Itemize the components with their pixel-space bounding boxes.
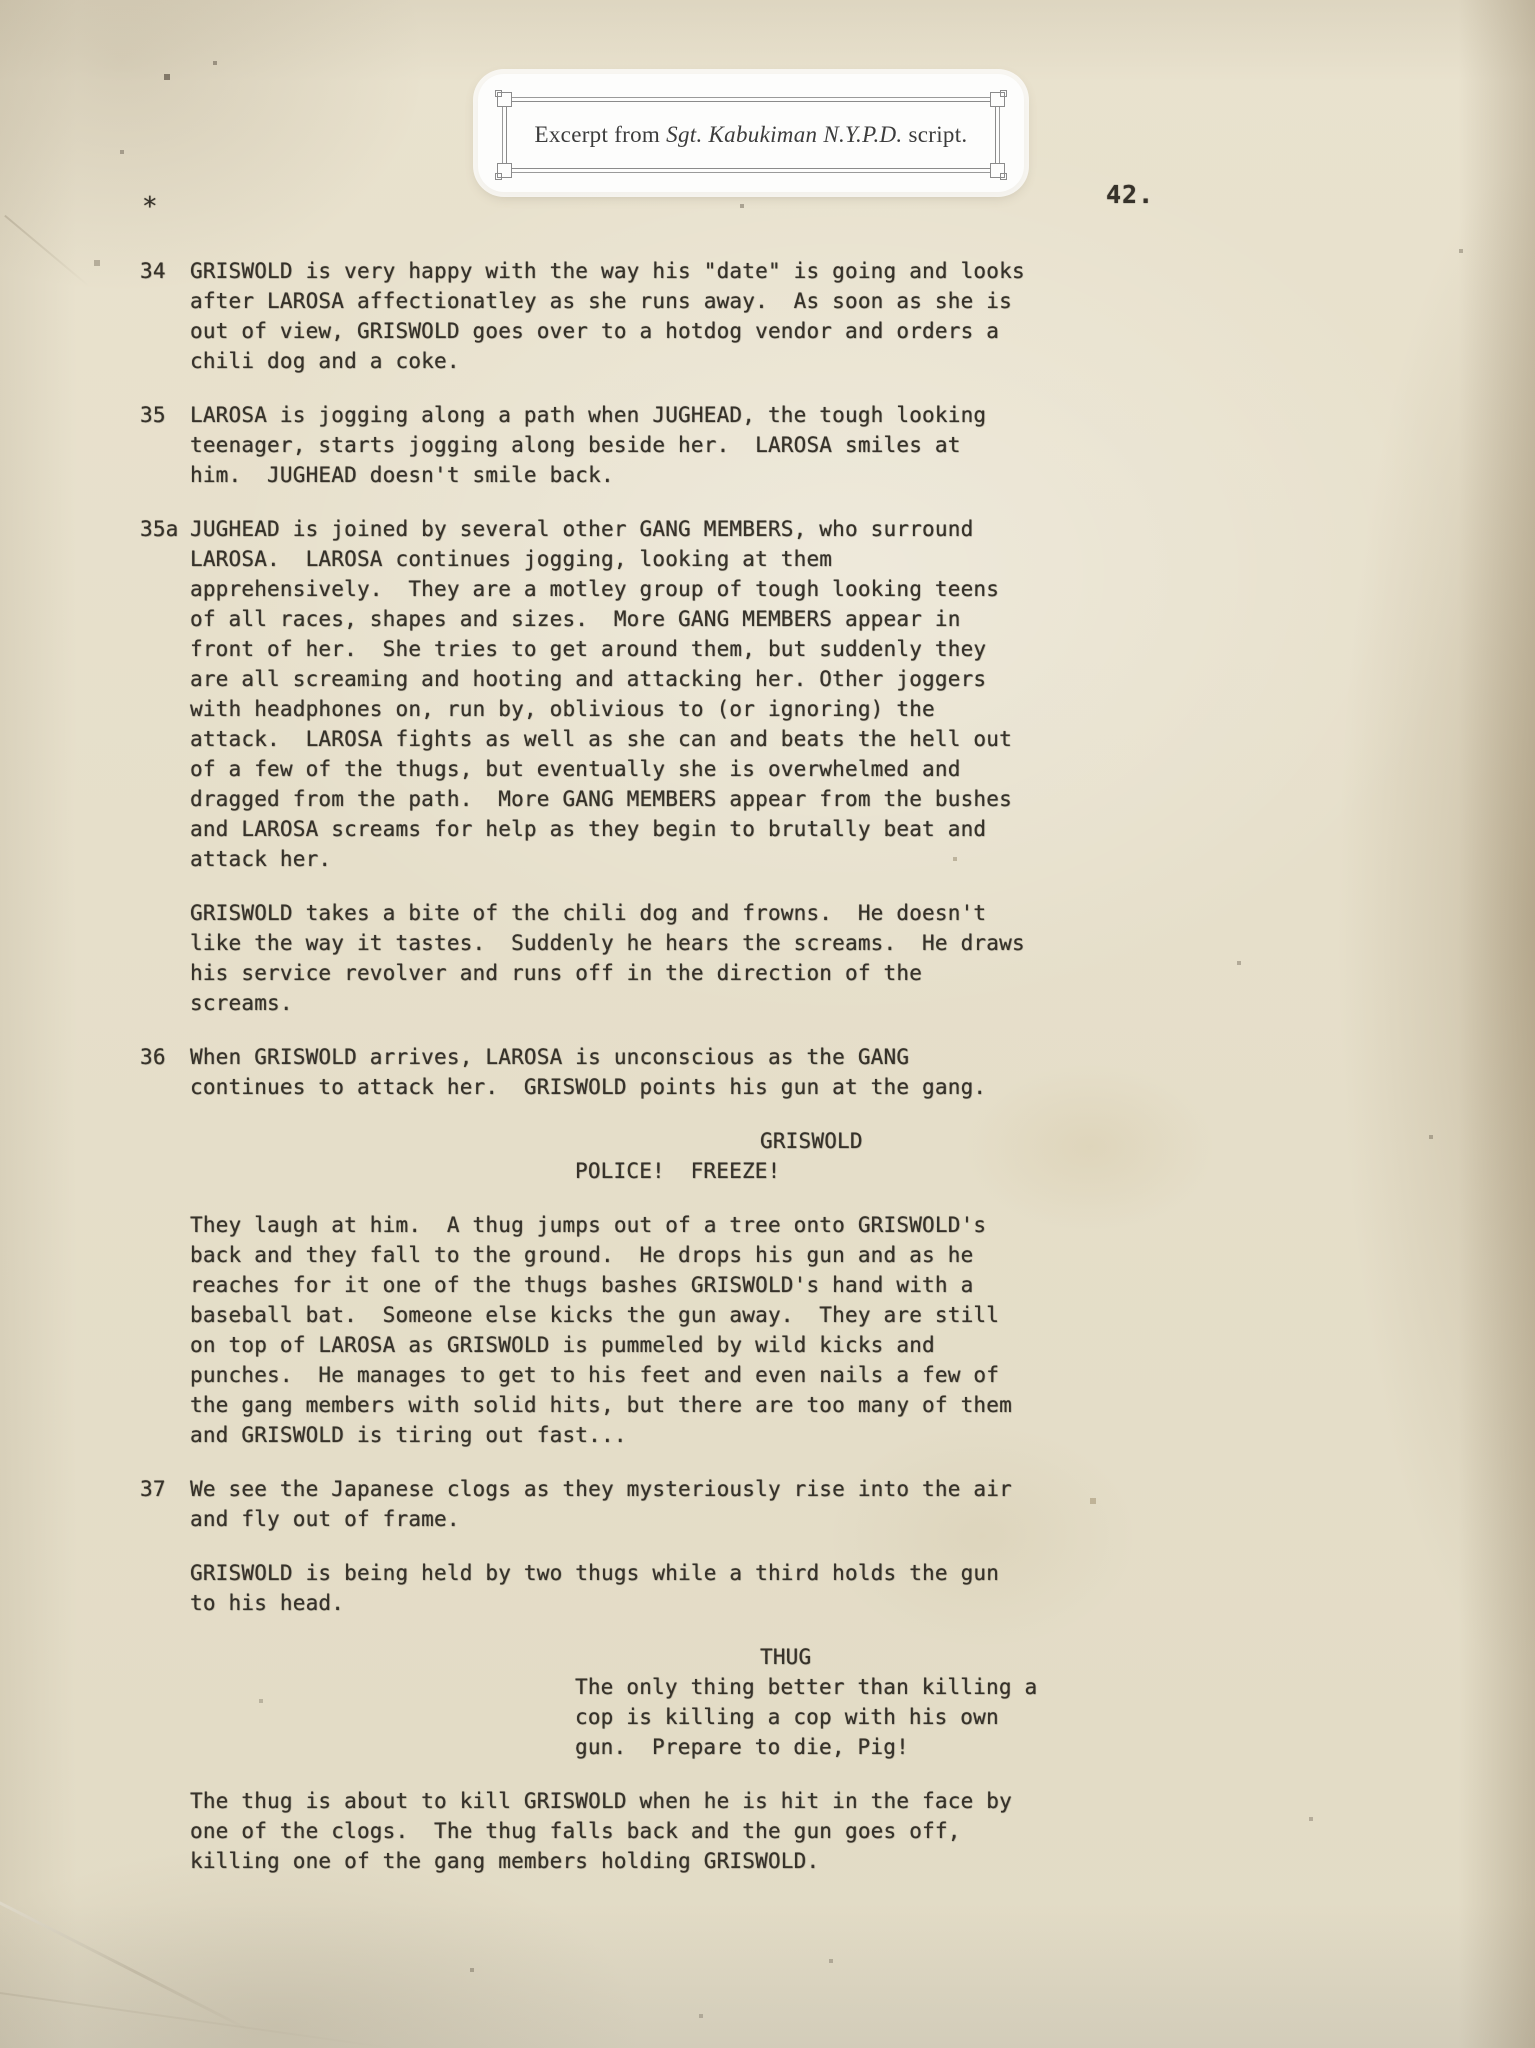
script-line: the gang members with solid hits, but th…: [190, 1390, 1400, 1420]
scene-number: [140, 1558, 190, 1618]
action-block: The thug is about to kill GRISWOLD when …: [140, 1786, 1400, 1876]
script-line: JUGHEAD is joined by several other GANG …: [190, 514, 1400, 544]
script-line: after LAROSA affectionatley as she runs …: [190, 286, 1400, 316]
character-name: THUG: [190, 1642, 1400, 1672]
scene-block-34: 34 GRISWOLD is very happy with the way h…: [140, 256, 1400, 376]
script-line: like the way it tastes. Suddenly he hear…: [190, 928, 1400, 958]
script-line: attack her.: [190, 844, 1400, 874]
dialogue-block-thug: THUG The only thing better than killing …: [190, 1642, 1400, 1762]
script-line: killing one of the gang members holding …: [190, 1846, 1400, 1876]
scene-block-35a: 35a JUGHEAD is joined by several other G…: [140, 514, 1400, 874]
action-block: GRISWOLD is being held by two thugs whil…: [140, 1558, 1400, 1618]
badge-caption: Excerpt from Sgt. Kabukiman N.Y.P.D. scr…: [535, 122, 968, 148]
dialogue-line: POLICE! FREEZE!: [190, 1156, 1400, 1186]
page-number: 42.: [1106, 180, 1154, 209]
scene-number: [140, 898, 190, 1018]
dialogue-line: cop is killing a cop with his own: [190, 1702, 1400, 1732]
script-line: We see the Japanese clogs as they myster…: [190, 1474, 1400, 1504]
scene-block-37: 37 We see the Japanese clogs as they mys…: [140, 1474, 1400, 1534]
scene-number: 34: [140, 256, 190, 376]
script-line: They laugh at him. A thug jumps out of a…: [190, 1210, 1400, 1240]
script-line: and LAROSA screams for help as they begi…: [190, 814, 1400, 844]
script-line: front of her. She tries to get around th…: [190, 634, 1400, 664]
scene-block-35: 35 LAROSA is jogging along a path when J…: [140, 400, 1400, 490]
script-line: attack. LAROSA fights as well as she can…: [190, 724, 1400, 754]
decorative-corner-icon: [497, 92, 512, 107]
badge-caption-suffix: script.: [902, 122, 967, 147]
badge-frame: Excerpt from Sgt. Kabukiman N.Y.P.D. scr…: [506, 101, 996, 169]
script-line: screams.: [190, 988, 1400, 1018]
script-line: on top of LAROSA as GRISWOLD is pummeled…: [190, 1330, 1400, 1360]
scene-number: 35a: [140, 514, 190, 874]
script-line: punches. He manages to get to his feet a…: [190, 1360, 1400, 1390]
dialogue-line: The only thing better than killing a: [190, 1672, 1400, 1702]
script-line: The thug is about to kill GRISWOLD when …: [190, 1786, 1400, 1816]
character-name: GRISWOLD: [190, 1126, 1400, 1156]
script-line: out of view, GRISWOLD goes over to a hot…: [190, 316, 1400, 346]
action-block: GRISWOLD takes a bite of the chili dog a…: [140, 898, 1400, 1018]
script-line: him. JUGHEAD doesn't smile back.: [190, 460, 1400, 490]
script-line: one of the clogs. The thug falls back an…: [190, 1816, 1400, 1846]
scene-block-36: 36 When GRISWOLD arrives, LAROSA is unco…: [140, 1042, 1400, 1102]
scan-speckles: [0, 0, 2, 2]
dialogue-line: gun. Prepare to die, Pig!: [190, 1732, 1400, 1762]
scene-number: [140, 1210, 190, 1450]
script-line: reaches for it one of the thugs bashes G…: [190, 1270, 1400, 1300]
decorative-corner-icon: [990, 163, 1005, 178]
script-line: GRISWOLD is being held by two thugs whil…: [190, 1558, 1400, 1588]
script-line: and fly out of frame.: [190, 1504, 1400, 1534]
scene-number: 36: [140, 1042, 190, 1102]
script-page: Excerpt from Sgt. Kabukiman N.Y.P.D. scr…: [0, 0, 1535, 2048]
script-content: 34 GRISWOLD is very happy with the way h…: [140, 256, 1400, 1900]
script-line: LAROSA. LAROSA continues jogging, lookin…: [190, 544, 1400, 574]
script-line: to his head.: [190, 1588, 1400, 1618]
scene-number: [140, 1786, 190, 1876]
scene-number: 35: [140, 400, 190, 490]
decorative-corner-icon: [990, 92, 1005, 107]
action-block: They laugh at him. A thug jumps out of a…: [140, 1210, 1400, 1450]
script-line: continues to attack her. GRISWOLD points…: [190, 1072, 1400, 1102]
header-badge: Excerpt from Sgt. Kabukiman N.Y.P.D. scr…: [478, 74, 1024, 192]
script-line: GRISWOLD takes a bite of the chili dog a…: [190, 898, 1400, 928]
badge-caption-title: Sgt. Kabukiman N.Y.P.D.: [666, 122, 902, 147]
script-line: When GRISWOLD arrives, LAROSA is unconsc…: [190, 1042, 1400, 1072]
badge-caption-prefix: Excerpt from: [535, 122, 667, 147]
decorative-corner-icon: [497, 163, 512, 178]
scene-number: 37: [140, 1474, 190, 1534]
margin-asterisk: *: [142, 192, 158, 222]
paper-crease: [0, 1988, 398, 2048]
paper-crease: [4, 215, 90, 287]
script-line: of a few of the thugs, but eventually sh…: [190, 754, 1400, 784]
script-line: are all screaming and hooting and attack…: [190, 664, 1400, 694]
script-line: baseball bat. Someone else kicks the gun…: [190, 1300, 1400, 1330]
script-line: chili dog and a coke.: [190, 346, 1400, 376]
script-line: LAROSA is jogging along a path when JUGH…: [190, 400, 1400, 430]
dialogue-block-griswold: GRISWOLD POLICE! FREEZE!: [190, 1126, 1400, 1186]
script-line: his service revolver and runs off in the…: [190, 958, 1400, 988]
script-line: back and they fall to the ground. He dro…: [190, 1240, 1400, 1270]
script-line: of all races, shapes and sizes. More GAN…: [190, 604, 1400, 634]
script-line: with headphones on, run by, oblivious to…: [190, 694, 1400, 724]
script-line: apprehensively. They are a motley group …: [190, 574, 1400, 604]
script-line: and GRISWOLD is tiring out fast...: [190, 1420, 1400, 1450]
script-line: GRISWOLD is very happy with the way his …: [190, 256, 1400, 286]
script-line: teenager, starts jogging along beside he…: [190, 430, 1400, 460]
script-line: dragged from the path. More GANG MEMBERS…: [190, 784, 1400, 814]
